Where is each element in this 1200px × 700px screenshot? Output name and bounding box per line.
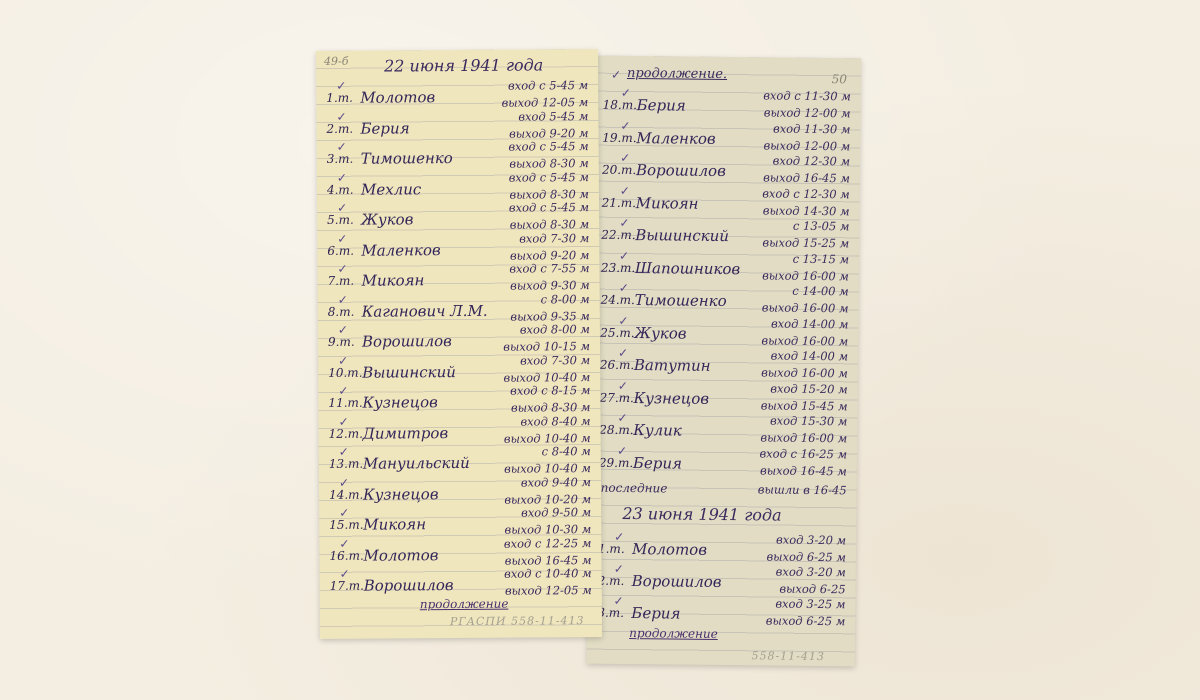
continued-note: продолжение bbox=[629, 626, 718, 641]
exit-time: выход 6-25 м bbox=[766, 613, 846, 628]
exit-time: выход 8-30 м bbox=[511, 400, 591, 415]
exit-time: выход 8-30 м bbox=[509, 156, 589, 171]
entry-time: вход с 7-55 м bbox=[509, 261, 589, 276]
entry-number: 9.т. bbox=[328, 335, 355, 349]
entry-time: вход с 5-45 м bbox=[508, 139, 588, 154]
entry-number: 26.т. bbox=[600, 358, 634, 372]
visitor-name: Шапошников bbox=[635, 259, 740, 278]
entry-time: вход 9-40 м bbox=[521, 475, 591, 489]
visitor-name: Мехлис bbox=[361, 180, 421, 198]
entry-time: вход 12-30 м bbox=[773, 153, 851, 168]
exit-time: выход 9-20 м bbox=[510, 248, 590, 263]
visitor-name: Кузнецов bbox=[634, 389, 710, 408]
entry-time: с 8-00 м bbox=[541, 292, 590, 306]
archive-page-number: 50 bbox=[832, 72, 847, 86]
entry-time: вход 5-45 м bbox=[518, 109, 588, 123]
entry-number: 1.т. bbox=[326, 91, 353, 105]
exit-time: выход 10-20 м bbox=[504, 492, 591, 507]
entry-number: 24.т. bbox=[601, 293, 635, 307]
entry-number: 18.т. bbox=[603, 98, 637, 112]
entry-number: 29.т. bbox=[599, 455, 633, 469]
entry-number: 2.т. bbox=[326, 121, 353, 135]
visitor-name: Маленков bbox=[636, 129, 716, 148]
visitor-name: Вышинский bbox=[362, 363, 456, 382]
visitor-name: Мануильский bbox=[363, 454, 470, 473]
exit-time: выход 10-40 м bbox=[503, 370, 590, 385]
entry-time: вход 14-00 м bbox=[771, 316, 849, 331]
exit-time: выход 16-00 м bbox=[761, 365, 848, 380]
entry-time: вход 3-20 м bbox=[776, 565, 846, 580]
visitor-name: Ворошилов bbox=[362, 332, 452, 351]
entry-time: вход с 11-30 м bbox=[763, 88, 851, 103]
visitor-entry: ✓3.т.Бериявход 3-25 мвыход 6-25 м bbox=[587, 598, 855, 637]
entry-number: 25.т. bbox=[600, 325, 634, 339]
visitor-name: Берия bbox=[633, 454, 682, 473]
visitor-name: Каганович Л.М. bbox=[362, 301, 488, 320]
entry-number: 5.т. bbox=[327, 213, 354, 227]
entry-number: 20.т. bbox=[602, 163, 636, 177]
visitor-name: Молотов bbox=[363, 546, 438, 565]
visitor-name: Микоян bbox=[636, 194, 699, 213]
entry-time: с 8-40 м bbox=[542, 444, 591, 458]
exit-time: выход 16-45 м bbox=[760, 463, 847, 478]
exit-time: выход 8-30 м bbox=[509, 187, 589, 202]
entry-number: 19.т. bbox=[602, 130, 636, 144]
exit-time: выход 6-25 bbox=[779, 582, 845, 597]
closing-text: вышли в 16-45 bbox=[758, 482, 847, 497]
exit-time: выход 12-05 м bbox=[502, 95, 589, 110]
entry-time: вход с 12-25 м bbox=[504, 536, 592, 551]
entry-number: 17.т. bbox=[330, 579, 364, 593]
exit-time: выход 10-40 м bbox=[504, 461, 591, 476]
visitor-name: Кузнецов bbox=[362, 393, 438, 412]
entry-time: с 13-05 м bbox=[793, 219, 850, 234]
closing-label: последние bbox=[601, 481, 668, 496]
exit-time: выход 9-30 м bbox=[510, 278, 590, 293]
entry-number: 27.т. bbox=[600, 390, 634, 404]
exit-time: выход 6-25 м bbox=[766, 549, 846, 564]
exit-time: выход 10-40 м bbox=[504, 431, 591, 446]
entry-number: 28.т. bbox=[599, 423, 633, 437]
visitor-name: Берия bbox=[631, 604, 680, 623]
continued-note: продолжение bbox=[420, 597, 509, 612]
exit-time: выход 16-00 м bbox=[761, 333, 848, 348]
entry-time: вход с 12-30 м bbox=[762, 186, 850, 201]
entry-number: 23.т. bbox=[601, 260, 635, 274]
entry-time: вход с 5-45 м bbox=[509, 200, 589, 215]
entry-time: вход 9-50 м bbox=[521, 505, 591, 519]
visitor-name: Ворошилов bbox=[364, 576, 454, 595]
exit-time: выход 16-45 м bbox=[505, 553, 592, 568]
visitor-name: Молотов bbox=[632, 540, 707, 559]
entry-time: вход 8-40 м bbox=[520, 414, 590, 428]
visitor-name: Берия bbox=[637, 96, 686, 115]
entry-number: 16.т. bbox=[329, 548, 363, 562]
entry-number: 7.т. bbox=[328, 274, 355, 288]
entry-time: вход 8-00 м bbox=[520, 322, 590, 336]
entry-time: вход с 16-25 м bbox=[759, 446, 847, 461]
exit-time: выход 8-30 м bbox=[510, 217, 590, 232]
entry-number: 21.т. bbox=[602, 195, 636, 209]
visitor-name: Микоян bbox=[363, 515, 426, 533]
right-sheet: 50 ✓ продолжение. ✓18.т.Бериявход с 11-3… bbox=[587, 56, 861, 667]
visitor-name: Жуков bbox=[361, 210, 413, 228]
archive-page-number: 49-б bbox=[324, 55, 349, 68]
visitor-name: Кулик bbox=[633, 421, 682, 440]
visitor-name: Кузнецов bbox=[363, 485, 439, 504]
exit-time: выход 12-00 м bbox=[763, 138, 850, 153]
visitor-name: Тимошенко bbox=[635, 291, 727, 310]
entry-time: вход 3-25 м bbox=[775, 597, 845, 612]
entry-time: вход 7-30 м bbox=[520, 353, 590, 367]
entry-time: вход с 5-45 м bbox=[509, 170, 589, 185]
exit-time: выход 12-00 м bbox=[764, 105, 851, 120]
visitor-name: Маленков bbox=[361, 241, 440, 260]
continuation-heading: продолжение. bbox=[627, 66, 727, 82]
entry-time: с 14-00 м bbox=[792, 284, 849, 299]
exit-time: выход 9-20 м bbox=[509, 126, 589, 141]
visitor-name: Ватутин bbox=[634, 356, 711, 375]
entry-number: 1.т. bbox=[598, 542, 625, 556]
entry-number: 6.т. bbox=[327, 243, 354, 257]
exit-time: выход 10-30 м bbox=[504, 522, 591, 537]
entry-time: вход 7-30 м bbox=[519, 231, 589, 245]
exit-time: выход 16-45 м bbox=[763, 170, 850, 185]
left-sheet: 49-б 22 июня 1941 года ✓1.т.Молотоввход … bbox=[316, 49, 602, 639]
visitor-name: Вышинский bbox=[635, 226, 729, 245]
visitor-name: Молотов bbox=[360, 88, 435, 107]
archive-stamp: РГАСПИ 558-11-413 bbox=[450, 614, 585, 628]
exit-time: выход 16-00 м bbox=[762, 300, 849, 315]
entry-time: вход 11-30 м bbox=[773, 121, 851, 136]
exit-time: выход 12-05 м bbox=[505, 583, 592, 598]
visitor-name: Жуков bbox=[634, 324, 686, 343]
archive-stamp: 558-11-413 bbox=[751, 649, 825, 663]
visitor-name: Димитров bbox=[363, 424, 449, 443]
entry-time: вход с 8-15 м bbox=[510, 383, 590, 398]
visitor-name: Ворошилов bbox=[632, 572, 722, 591]
visitor-name: Берия bbox=[360, 119, 409, 137]
date-heading-23-june: 23 июня 1941 года bbox=[622, 504, 781, 525]
exit-time: выход 15-45 м bbox=[761, 398, 848, 413]
visitor-name: Микоян bbox=[361, 271, 424, 289]
entry-time: с 13-15 м bbox=[793, 251, 850, 266]
exit-time: выход 16-00 м bbox=[760, 430, 847, 445]
entry-number: 4.т. bbox=[327, 182, 354, 196]
entry-time: вход 3-20 м bbox=[776, 533, 846, 548]
entry-number: 13.т. bbox=[329, 457, 363, 471]
entry-number: 3.т. bbox=[327, 152, 354, 166]
exit-time: выход 9-35 м bbox=[510, 309, 590, 324]
visitor-name: Тимошенко bbox=[361, 149, 453, 168]
entry-number: 11.т. bbox=[328, 396, 362, 410]
date-heading-22-june: 22 июня 1941 года bbox=[384, 55, 543, 75]
entry-number: 15.т. bbox=[329, 518, 363, 532]
entry-time: вход с 5-45 м bbox=[508, 78, 588, 93]
visitor-name: Ворошилов bbox=[636, 161, 726, 180]
exit-time: выход 16-00 м bbox=[762, 268, 849, 283]
check-mark-icon: ✓ bbox=[611, 68, 621, 82]
exit-time: выход 10-15 м bbox=[503, 339, 590, 354]
entry-time: вход 14-00 м bbox=[771, 348, 849, 363]
entry-number: 10.т. bbox=[328, 365, 362, 379]
exit-time: выход 15-25 м bbox=[762, 235, 849, 250]
entry-time: вход 15-20 м bbox=[770, 381, 848, 396]
entry-number: 22.т. bbox=[601, 228, 635, 242]
entry-time: вход 15-30 м bbox=[770, 413, 848, 428]
entry-time: вход с 10-40 м bbox=[504, 566, 592, 581]
exit-time: выход 14-30 м bbox=[763, 203, 850, 218]
entry-number: 8.т. bbox=[328, 304, 355, 318]
entry-number: 12.т. bbox=[329, 426, 363, 440]
entry-number: 14.т. bbox=[329, 487, 363, 501]
